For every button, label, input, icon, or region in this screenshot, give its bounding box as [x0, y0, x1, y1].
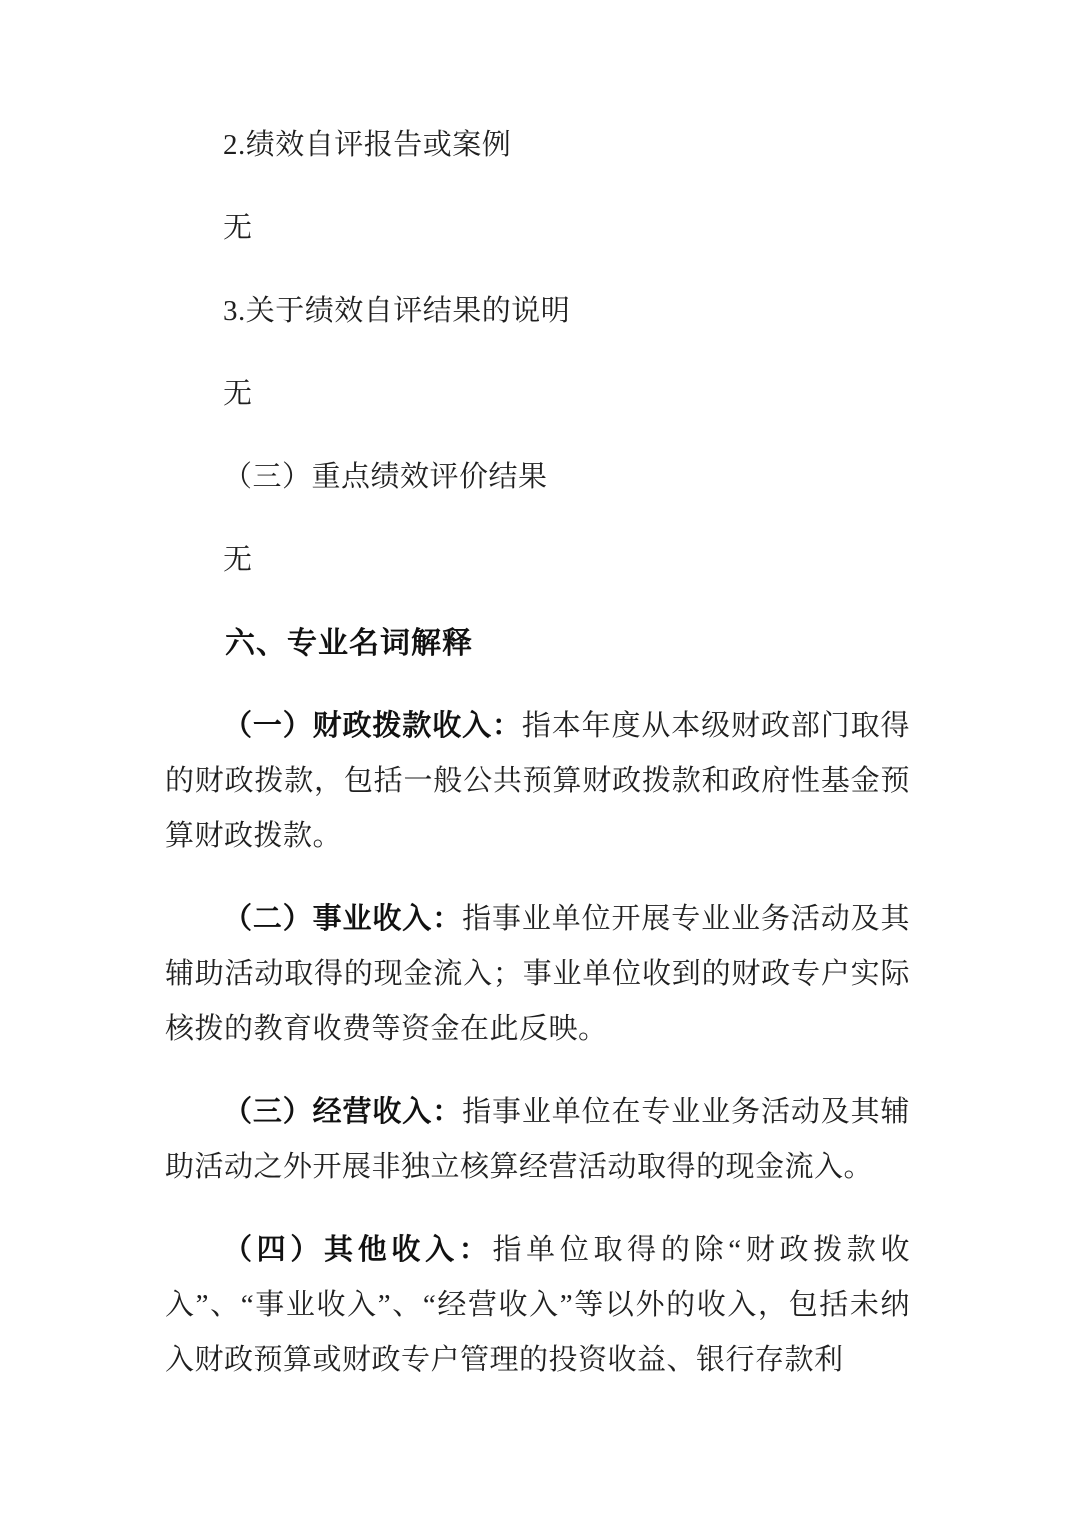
- subitem-3-self-evaluation-result-note: 3.关于绩效自评结果的说明: [165, 284, 910, 339]
- definition-paragraph-fiscal-appropriation-income: （一）财政拨款收入：指本年度从本级财政部门取得的财政拨款，包括一般公共预算财政拨…: [165, 699, 910, 864]
- definition-paragraph-other-income: （四）其他收入：指单位取得的除“财政拨款收入”、“事业收入”、“经营收入”等以外…: [165, 1223, 910, 1388]
- definition-paragraph-operating-income: （三）经营收入：指事业单位在专业业务活动及其辅助活动之外开展非独立核算经营活动取…: [165, 1085, 910, 1195]
- none-value-3: 无: [165, 533, 910, 588]
- term-label: （一）财政拨款收入：: [223, 710, 522, 742]
- subitem-2-self-evaluation-report: 2.绩效自评报告或案例: [165, 118, 910, 173]
- subsection-key-performance-evaluation-result: （三）重点绩效评价结果: [165, 450, 910, 505]
- section-heading-terminology: 六、专业名词解释: [165, 616, 910, 671]
- term-label: （四）其他收入：: [223, 1234, 492, 1266]
- document-page: 2.绩效自评报告或案例 无 3.关于绩效自评结果的说明 无 （三）重点绩效评价结…: [0, 0, 1075, 1521]
- term-label: （三）经营收入：: [223, 1096, 462, 1128]
- none-value-2: 无: [165, 367, 910, 422]
- definition-paragraph-institutional-income: （二）事业收入：指事业单位开展专业业务活动及其辅助活动取得的现金流入；事业单位收…: [165, 892, 910, 1057]
- term-label: （二）事业收入：: [223, 903, 462, 935]
- none-value-1: 无: [165, 201, 910, 256]
